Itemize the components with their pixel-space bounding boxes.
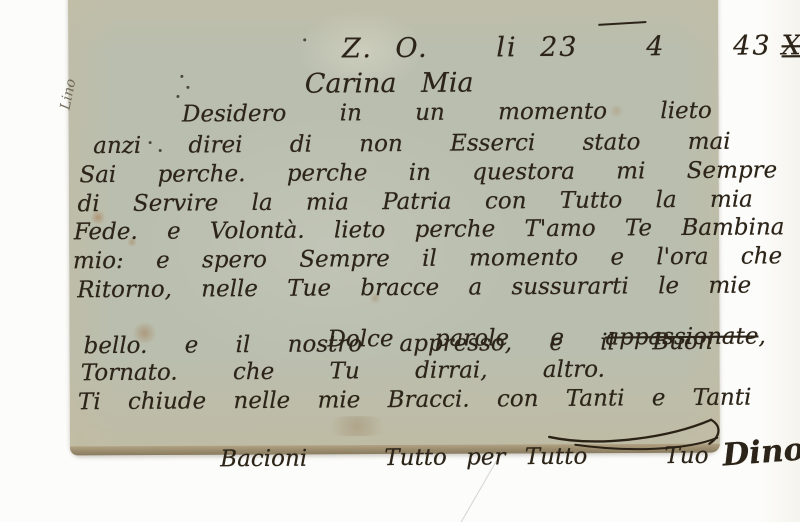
letter-line: bello. e il nostro appresso, e il Buon	[84, 331, 713, 358]
header-era-crossed-out: XVI	[781, 30, 800, 61]
letter-line: Fede. e Volontà. lieto perche T'amo Te B…	[74, 216, 785, 244]
letter-line: Ritorno, nelle Tue bracce a sussurarti l…	[77, 275, 751, 303]
signature-flourish	[545, 406, 725, 455]
letter-line: Tornato. che Tu dirrai, altro.	[81, 359, 605, 386]
signature-name: Dino	[721, 434, 800, 471]
line-text: , ma il piu	[758, 322, 800, 350]
letter-line: Desidero in un momento lieto	[182, 100, 712, 127]
handwriting-layer: Z. O. li 23 4 43XVI Lino Carina Mia Desi…	[0, 0, 800, 522]
salutation: Carina Mia	[305, 69, 474, 97]
scanned-postcard-photo: Z. O. li 23 4 43XVI Lino Carina Mia Desi…	[0, 0, 800, 522]
letter-line: Sai perche. perche in questora mi Sempre	[79, 159, 777, 187]
margin-scribble: Lino	[57, 77, 79, 111]
header-date-text: Z. O. li 23 4 43	[342, 30, 772, 64]
header-dateline: Z. O. li 23 4 43XVI	[206, 5, 800, 90]
letter-line: anzi direi di non Esserci stato mai	[93, 131, 731, 158]
letter-line: mio: e spero Sempre il momento e l'ora c…	[73, 245, 782, 273]
letter-line: di Servire la mia Patria con Tutto la mi…	[78, 189, 753, 217]
